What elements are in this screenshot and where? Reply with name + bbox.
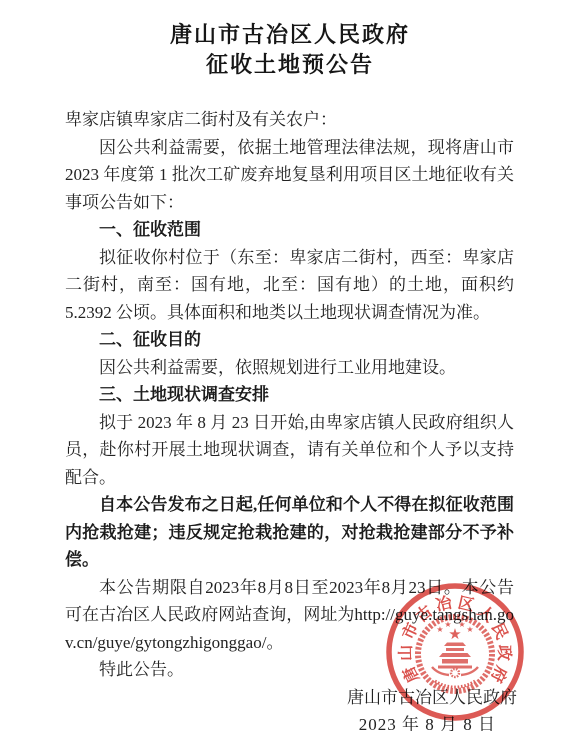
paragraph-scope: 拟征收你村位于（东至：卑家店二街村，西至：卑家店二街村，南至：国有地，北至：国有… bbox=[65, 244, 514, 327]
paragraph-period-url: 本公告期限自2023年8月8日至2023年8月23日。本公告可在古冶区人民政府网… bbox=[65, 574, 514, 657]
paragraph-purpose: 因公共利益需要，依照规划进行工业用地建设。 bbox=[65, 354, 514, 382]
title-line-notice: 征收土地预公告 bbox=[0, 50, 580, 80]
paragraph-survey: 拟于 2023 年 8 月 23 日开始,由卑家店镇人民政府组织人员，赴你村开展… bbox=[65, 409, 514, 492]
signature-issuer: 唐山市古冶区人民政府 bbox=[0, 684, 517, 712]
section-heading-survey: 三、土地现状调查安排 bbox=[65, 381, 514, 409]
paragraph-warning: 自本公告发布之日起,任何单位和个人不得在拟征收范围内抢栽抢建；违反规定抢栽抢建的… bbox=[65, 491, 514, 574]
section-heading-scope: 一、征收范围 bbox=[65, 216, 514, 244]
section-heading-purpose: 二、征收目的 bbox=[65, 326, 514, 354]
signature-block: 唐山市古冶区人民政府 2023 年 8 月 8 日 bbox=[0, 684, 517, 731]
document-title: 唐山市古冶区人民政府 征收土地预公告 bbox=[0, 0, 580, 80]
scanned-document-page: { "title": { "line1": "唐山市古冶区人民政府", "lin… bbox=[0, 0, 580, 731]
document-body: 卑家店镇卑家店二街村及有关农户： 因公共利益需要，依据土地管理法律法规，现将唐山… bbox=[65, 106, 514, 684]
salutation: 卑家店镇卑家店二街村及有关农户： bbox=[65, 106, 514, 134]
signature-date: 2023 年 8 月 8 日 bbox=[0, 711, 517, 731]
title-line-government: 唐山市古冶区人民政府 bbox=[0, 20, 580, 50]
paragraph-intro: 因公共利益需要，依据土地管理法律法规，现将唐山市 2023 年度第 1 批次工矿… bbox=[65, 134, 514, 217]
paragraph-closing: 特此公告。 bbox=[65, 656, 514, 684]
